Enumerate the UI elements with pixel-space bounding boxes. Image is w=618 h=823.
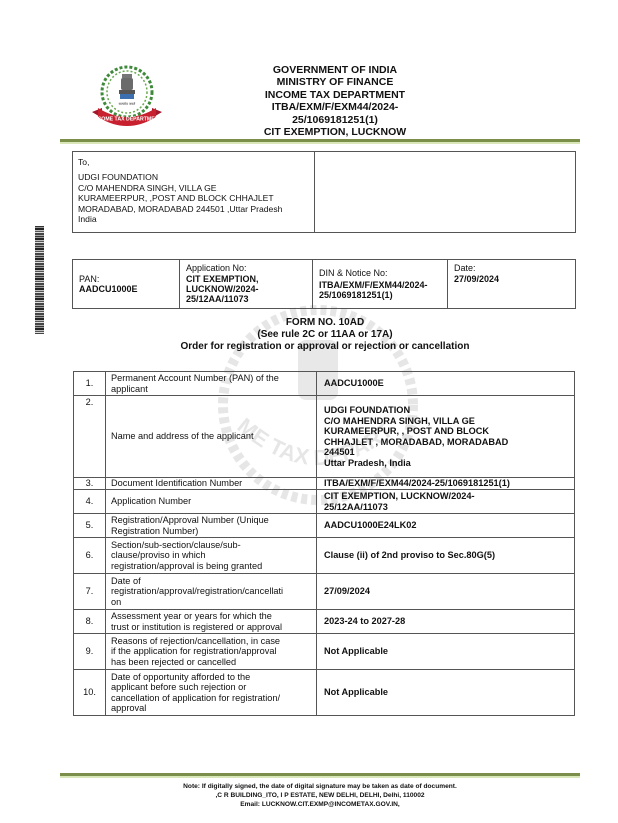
- row-description: Registration/Approval Number (UniqueRegi…: [106, 514, 317, 538]
- row-value: ITBA/EXM/F/EXM44/2024-25/1069181251(1): [317, 478, 575, 490]
- value-line: C/O MAHENDRA SINGH, VILLA GE: [324, 416, 569, 427]
- application-value: LUCKNOW/2024-: [186, 284, 306, 294]
- header-reference-line1: ITBA/EXM/F/EXM44/2024-: [200, 101, 470, 113]
- row-value: UDGI FOUNDATIONC/O MAHENDRA SINGH, VILLA…: [317, 396, 575, 478]
- addressee-blank-cell: [315, 152, 575, 232]
- din-value: 25/1069181251(1): [319, 290, 441, 300]
- value-line: AADCU1000E: [324, 378, 569, 389]
- row-description: Date of opportunity afforded to theappli…: [106, 670, 317, 716]
- description-line: Section/sub-section/clause/sub-: [111, 540, 311, 551]
- value-line: 25/12AA/11073: [324, 502, 569, 513]
- row-number: 2.: [74, 396, 106, 478]
- row-number: 7.: [74, 574, 106, 610]
- description-line: if the application for registration/appr…: [111, 646, 311, 657]
- application-number-cell: Application No: CIT EXEMPTION, LUCKNOW/2…: [180, 260, 313, 308]
- header-department: INCOME TAX DEPARTMENT: [200, 89, 470, 101]
- table-row: 2.Name and address of the applicantUDGI …: [74, 396, 575, 478]
- description-line: applicant: [111, 384, 311, 395]
- description-line: trust or institution is registered or ap…: [111, 622, 311, 633]
- description-line: clause/proviso in which: [111, 550, 311, 561]
- row-value: CIT EXEMPTION, LUCKNOW/2024-25/12AA/1107…: [317, 490, 575, 514]
- addressee-details: To, UDGI FOUNDATION C/O MAHENDRA SINGH, …: [73, 152, 315, 232]
- footer-divider: [60, 773, 580, 778]
- row-number: 3.: [74, 478, 106, 490]
- table-row: 5.Registration/Approval Number (UniqueRe…: [74, 514, 575, 538]
- description-line: on: [111, 597, 311, 608]
- value-line: 27/09/2024: [324, 586, 569, 597]
- form-rule-reference: (See rule 2C or 11AA or 17A): [100, 329, 550, 341]
- row-number: 10.: [74, 670, 106, 716]
- row-description: Permanent Account Number (PAN) of theapp…: [106, 372, 317, 396]
- table-row: 8.Assessment year or years for which the…: [74, 610, 575, 634]
- row-value: Not Applicable: [317, 670, 575, 716]
- income-tax-department-logo: सत्यमेव जयते INCOME TAX DEPARTMENT: [88, 62, 166, 132]
- application-value: CIT EXEMPTION,: [186, 274, 306, 284]
- row-value: Clause (ii) of 2nd proviso to Sec.80G(5): [317, 538, 575, 574]
- pan-cell: PAN: AADCU1000E: [73, 260, 180, 308]
- value-line: Clause (ii) of 2nd proviso to Sec.80G(5): [324, 550, 569, 561]
- addressee-box: To, UDGI FOUNDATION C/O MAHENDRA SINGH, …: [72, 151, 576, 233]
- form-subtitle: Order for registration or approval or re…: [100, 341, 550, 353]
- table-row: 10.Date of opportunity afforded to theap…: [74, 670, 575, 716]
- description-line: Name and address of the applicant: [111, 431, 311, 442]
- description-line: cancellation of application for registra…: [111, 693, 311, 704]
- footer-address: ,C R BUILDING_ITO, I P ESTATE, NEW DELHI…: [100, 792, 540, 801]
- document-header: GOVERNMENT OF INDIA MINISTRY OF FINANCE …: [200, 64, 470, 138]
- row-value: AADCU1000E24LK02: [317, 514, 575, 538]
- value-line: Not Applicable: [324, 687, 569, 698]
- description-line: registration/approval/registration/cance…: [111, 586, 311, 597]
- row-number: 1.: [74, 372, 106, 396]
- description-line: Permanent Account Number (PAN) of the: [111, 373, 311, 384]
- table-row: 7.Date ofregistration/approval/registrat…: [74, 574, 575, 610]
- footer-email: Email: LUCKNOW.CIT.EXMP@INCOMETAX.GOV.IN…: [100, 801, 540, 810]
- row-description: Application Number: [106, 490, 317, 514]
- row-number: 6.: [74, 538, 106, 574]
- description-line: Date of opportunity afforded to the: [111, 672, 311, 683]
- reference-info-row: PAN: AADCU1000E Application No: CIT EXEM…: [72, 259, 576, 309]
- application-label: Application No:: [186, 263, 306, 274]
- description-line: Assessment year or years for which the: [111, 611, 311, 622]
- order-details-table: 1.Permanent Account Number (PAN) of thea…: [73, 371, 575, 716]
- svg-text:सत्यमेव जयते: सत्यमेव जयते: [119, 101, 136, 106]
- row-value: 2023-24 to 2027-28: [317, 610, 575, 634]
- header-office: CIT EXEMPTION, LUCKNOW: [200, 126, 470, 138]
- header-reference-line2: 25/1069181251(1): [200, 114, 470, 126]
- barcode: [35, 226, 44, 334]
- description-line: Document Identification Number: [111, 478, 311, 489]
- description-line: Registration/Approval Number (Unique: [111, 515, 311, 526]
- header-divider: [60, 139, 580, 144]
- date-cell: Date: 27/09/2024: [448, 260, 575, 308]
- date-label: Date:: [454, 263, 569, 274]
- value-line: AADCU1000E24LK02: [324, 520, 569, 531]
- footer-note: Note: If digitally signed, the date of d…: [100, 783, 540, 792]
- value-line: CIT EXEMPTION, LUCKNOW/2024-: [324, 491, 569, 502]
- table-row: 4.Application NumberCIT EXEMPTION, LUCKN…: [74, 490, 575, 514]
- addressee-line: India: [78, 214, 309, 224]
- row-description: Name and address of the applicant: [106, 396, 317, 478]
- value-line: UDGI FOUNDATION: [324, 405, 569, 416]
- din-value: ITBA/EXM/F/EXM44/2024-: [319, 280, 441, 290]
- row-value: AADCU1000E: [317, 372, 575, 396]
- din-label: DIN & Notice No:: [319, 268, 441, 279]
- description-line: approval: [111, 703, 311, 714]
- form-title-block: FORM NO. 10AD (See rule 2C or 11AA or 17…: [100, 317, 550, 352]
- row-number: 8.: [74, 610, 106, 634]
- emblem-icon: सत्यमेव जयते INCOME TAX DEPARTMENT: [88, 62, 166, 132]
- value-line: 244501: [324, 447, 569, 458]
- table-row: 9.Reasons of rejection/cancellation, in …: [74, 634, 575, 670]
- document-footer: Note: If digitally signed, the date of d…: [100, 783, 540, 809]
- svg-text:INCOME TAX DEPARTMENT: INCOME TAX DEPARTMENT: [92, 117, 162, 123]
- addressee-line: UDGI FOUNDATION: [78, 172, 309, 182]
- application-value: 25/12AA/11073: [186, 294, 306, 304]
- to-label: To,: [78, 157, 309, 167]
- table-row: 1.Permanent Account Number (PAN) of thea…: [74, 372, 575, 396]
- addressee-line: C/O MAHENDRA SINGH, VILLA GE: [78, 183, 309, 193]
- value-line: CHHAJLET , MORADABAD, MORADABAD: [324, 437, 569, 448]
- addressee-line: KURAMEERPUR, ,POST AND BLOCK CHHAJLET: [78, 193, 309, 203]
- description-line: registration/approval is being granted: [111, 561, 311, 572]
- din-cell: DIN & Notice No: ITBA/EXM/F/EXM44/2024- …: [313, 260, 448, 308]
- row-value: 27/09/2024: [317, 574, 575, 610]
- pan-value: AADCU1000E: [79, 284, 173, 294]
- value-line: 2023-24 to 2027-28: [324, 616, 569, 627]
- value-line: Uttar Pradesh, India: [324, 458, 569, 469]
- description-line: applicant before such rejection or: [111, 682, 311, 693]
- row-value: Not Applicable: [317, 634, 575, 670]
- description-line: Application Number: [111, 496, 311, 507]
- header-government: GOVERNMENT OF INDIA: [200, 64, 470, 76]
- form-number: FORM NO. 10AD: [100, 317, 550, 329]
- value-line: Not Applicable: [324, 646, 569, 657]
- date-value: 27/09/2024: [454, 274, 569, 284]
- table-row: 3.Document Identification NumberITBA/EXM…: [74, 478, 575, 490]
- description-line: Date of: [111, 576, 311, 587]
- header-ministry: MINISTRY OF FINANCE: [200, 76, 470, 88]
- row-number: 9.: [74, 634, 106, 670]
- description-line: Reasons of rejection/cancellation, in ca…: [111, 636, 311, 647]
- row-description: Reasons of rejection/cancellation, in ca…: [106, 634, 317, 670]
- row-number: 4.: [74, 490, 106, 514]
- row-number: 5.: [74, 514, 106, 538]
- value-line: ITBA/EXM/F/EXM44/2024-25/1069181251(1): [324, 478, 569, 489]
- row-description: Section/sub-section/clause/sub-clause/pr…: [106, 538, 317, 574]
- addressee-line: MORADABAD, MORADABAD 244501 ,Uttar Prade…: [78, 204, 309, 214]
- table-row: 6.Section/sub-section/clause/sub-clause/…: [74, 538, 575, 574]
- pan-label: PAN:: [79, 274, 173, 285]
- row-description: Date ofregistration/approval/registratio…: [106, 574, 317, 610]
- row-description: Document Identification Number: [106, 478, 317, 490]
- description-line: has been rejected or cancelled: [111, 657, 311, 668]
- row-description: Assessment year or years for which thetr…: [106, 610, 317, 634]
- description-line: Registration Number): [111, 526, 311, 537]
- value-line: KURAMEERPUR, , POST AND BLOCK: [324, 426, 569, 437]
